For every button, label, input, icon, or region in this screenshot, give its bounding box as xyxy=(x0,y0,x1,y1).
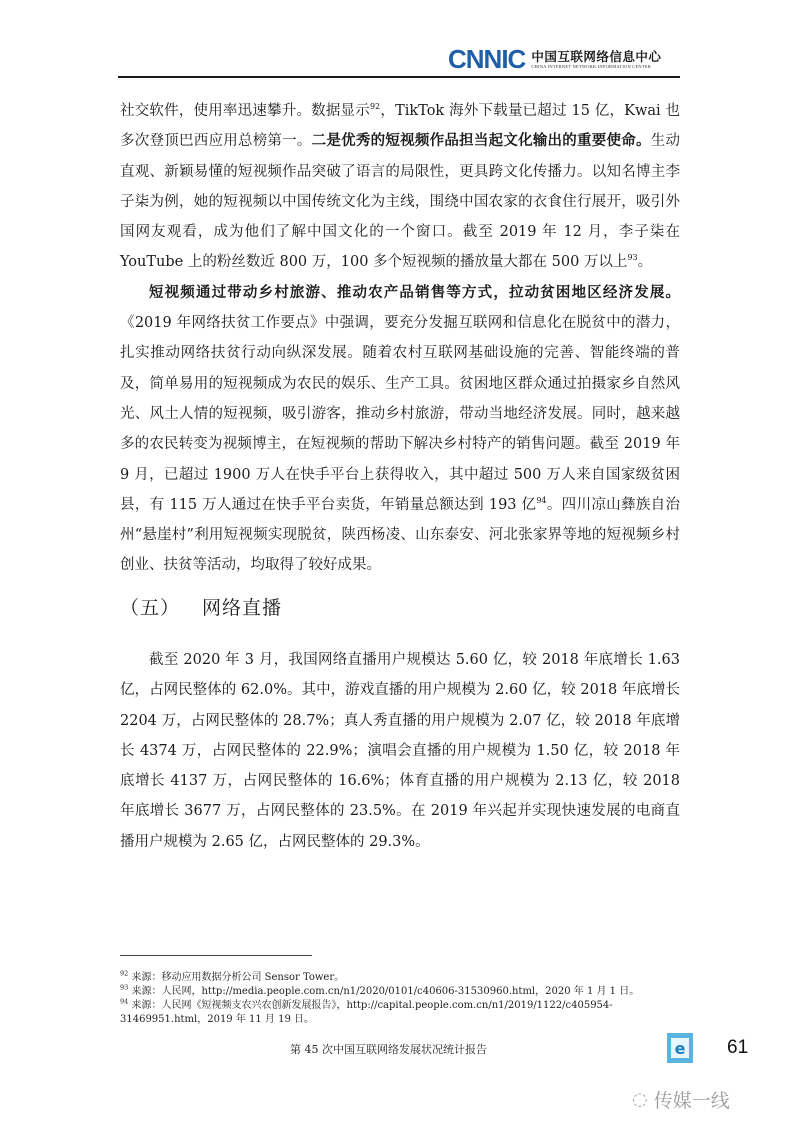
footnote-92: 92 来源：移动应用数据分析公司 Sensor Tower。 xyxy=(120,971,660,985)
footnotes: 92 来源：移动应用数据分析公司 Sensor Tower。 93 来源：人民网… xyxy=(120,971,660,1027)
logo-english-name: CHINA INTERNET NETWORK INFORMATION CENTE… xyxy=(531,64,661,70)
paragraph-rural-economy: 短视频通过带动乡村旅游、推动农产品销售等方式，拉动贫困地区经济发展。《2019 … xyxy=(120,278,680,581)
wechat-icon: ◌ xyxy=(632,1089,648,1110)
search-e-icon: e xyxy=(667,1033,693,1063)
watermark: ◌ 传媒一线 xyxy=(632,1086,730,1113)
emphasis-text: 二是优秀的短视频作品担当起文化输出的重要使命。 xyxy=(312,132,651,149)
watermark-text: 传媒一线 xyxy=(654,1086,730,1113)
text-run: 。 xyxy=(638,254,653,270)
footnote-93: 93 来源：人民网，http://media.people.com.cn/n1/… xyxy=(120,985,660,999)
footnote-divider xyxy=(120,955,312,956)
paragraph-cultural-export: 社交软件，使用率迅速攀升。数据显示92，TikTok 海外下载量已超过 15 亿… xyxy=(120,96,680,278)
body-section-live-streaming: 截至 2020 年 3 月，我国网络直播用户规模达 5.60 亿，较 2018 … xyxy=(120,645,680,857)
text-run: 社交软件，使用率迅速攀升。数据显示 xyxy=(120,103,370,119)
page-number: 61 xyxy=(727,1037,748,1059)
footnote-ref-94[interactable]: 94 xyxy=(536,496,546,505)
footnote-ref-92[interactable]: 92 xyxy=(370,102,380,111)
section-heading: （五）网络直播 xyxy=(120,593,282,620)
cnnic-logo: CNNIC 中国互联网络信息中心 CHINA INTERNET NETWORK … xyxy=(448,46,661,72)
paragraph-live-streaming-stats: 截至 2020 年 3 月，我国网络直播用户规模达 5.60 亿，较 2018 … xyxy=(120,645,680,857)
footnote-text[interactable]: 来源：人民网，http://media.people.com.cn/n1/202… xyxy=(128,986,639,997)
header-divider xyxy=(118,76,680,78)
footnote-text: 来源：移动应用数据分析公司 Sensor Tower。 xyxy=(128,972,344,983)
logo-chinese-name: 中国互联网络信息中心 xyxy=(531,49,661,64)
section-title: 网络直播 xyxy=(202,597,282,619)
section-number: （五） xyxy=(120,593,202,620)
footnote-ref-93[interactable]: 93 xyxy=(627,254,637,263)
body-section-short-video: 社交软件，使用率迅速攀升。数据显示92，TikTok 海外下载量已超过 15 亿… xyxy=(120,96,680,581)
footnote-text[interactable]: 来源：人民网《短视频支农兴农创新发展报告》，http://capital.peo… xyxy=(120,1000,613,1025)
report-title: 第 45 次中国互联网络发展状况统计报告 xyxy=(290,1041,487,1057)
emphasis-text: 短视频通过带动乡村旅游、推动农产品销售等方式，拉动贫困地区经济发展。 xyxy=(149,284,680,301)
logo-mark: CNNIC xyxy=(448,46,525,72)
page-header: CNNIC 中国互联网络信息中心 CHINA INTERNET NETWORK … xyxy=(118,40,680,80)
text-run: 生动直观、新颖易懂的短视频作品突破了语言的局限性，更具跨文化传播力。以知名博主李… xyxy=(120,133,680,270)
search-e-glyph: e xyxy=(671,1038,689,1058)
text-run: 《2019 年网络扶贫工作要点》中强调，要充分发掘互联网和信息化在脱贫中的潜力，… xyxy=(120,315,680,513)
footnote-94: 94 来源：人民网《短视频支农兴农创新发展报告》，http://capital.… xyxy=(120,999,660,1027)
